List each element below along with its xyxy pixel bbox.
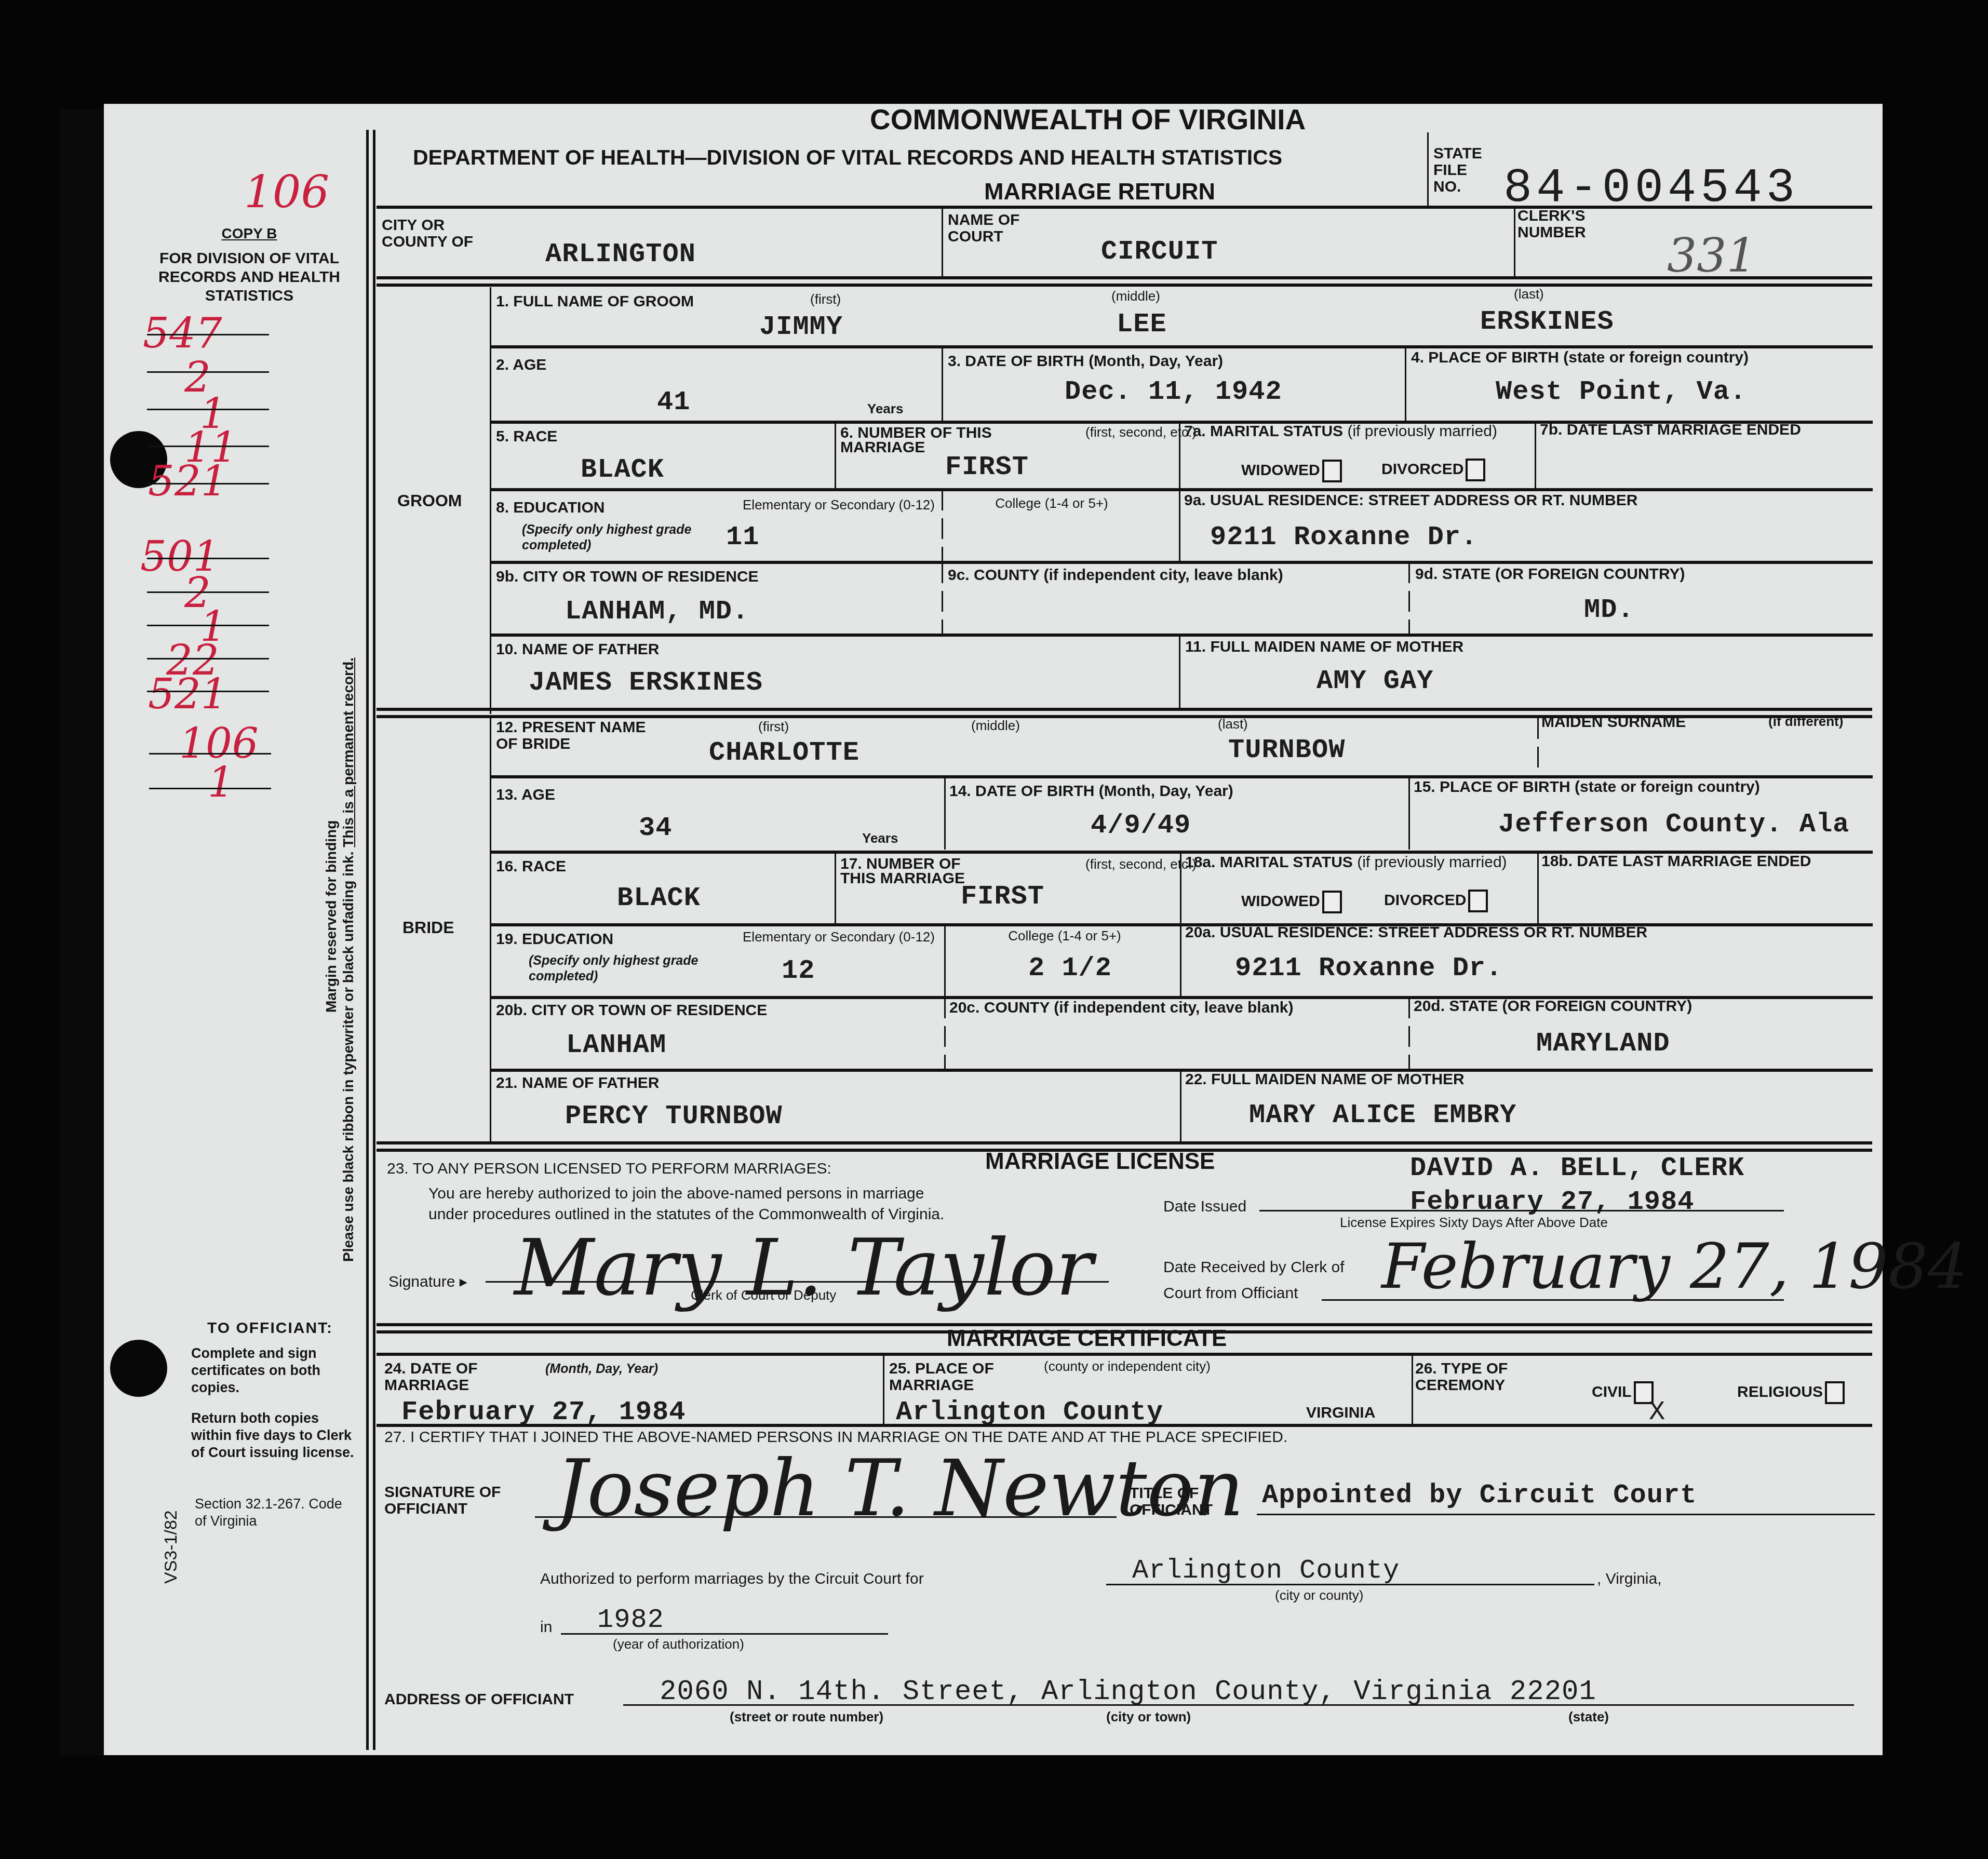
date-received: February 27, 1984 [1381,1231,1967,1303]
groom-race-label: 5. RACE [496,428,557,445]
divider [1412,1354,1413,1426]
bride-father: PERCY TURNBOW [565,1101,783,1131]
groom-street: 9211 Roxanne Dr. [1210,522,1477,553]
last-hint: (last) [1514,287,1544,301]
groom-state-label: 9d. STATE (OR FOREIGN COUNTRY) [1415,566,1685,583]
officiant-title-label: TITLE OF OFFICIANT [1130,1485,1239,1518]
divider [377,206,1872,209]
divider [147,558,269,559]
groom-pob-label: 4. PLACE OF BIRTH (state or foreign coun… [1411,349,1749,366]
to-officiant-title: TO OFFICIANT: [187,1319,353,1338]
years-label: Years [867,401,903,416]
groom-last-ended-label: 7b. DATE LAST MARRIAGE ENDED [1540,422,1801,438]
to-officiant-instruction-2: Return both copies within five days to C… [191,1410,357,1461]
bride-pob: Jefferson County. Ala [1498,809,1849,840]
divider [377,1141,1872,1144]
marriage-place-label: 25. PLACE OF MARRIAGE [889,1360,1019,1394]
checkbox[interactable] [1466,459,1485,481]
civil-mark: X [1649,1397,1665,1427]
divider [377,1353,1872,1356]
bride-last-name: TURNBOW [1228,735,1345,765]
elementary-label: Elementary or Secondary (0-12) [737,929,940,944]
divider [1535,422,1536,490]
authorized-line [1106,1584,1594,1585]
city-county-label: CITY OR COUNTY OF [382,217,486,250]
license-title: MARRIAGE LICENSE [985,1149,1215,1175]
groom-father: JAMES ERSKINES [529,667,763,698]
divider [1180,925,1181,998]
divider [491,1069,1873,1072]
groom-dob: Dec. 11, 1942 [1065,376,1282,407]
bride-name-label: 12. PRESENT NAME OF BRIDE [496,719,667,752]
divider [149,753,271,755]
bride-age: 34 [639,813,672,843]
city-county-value: ARLINGTON [545,239,696,270]
form-name: MARRIAGE RETURN [984,178,1215,205]
checkbox[interactable] [1322,891,1342,913]
divider [835,852,836,925]
divider [944,998,946,1070]
divider [942,562,943,635]
signature-line [486,1281,1109,1283]
divider [377,708,1872,711]
margin-code: 547 [143,309,222,357]
binder-strip [60,109,104,1755]
divider [944,925,946,998]
court-value: CIRCUIT [1101,236,1218,267]
bride-county-label: 20c. COUNTY (if independent city, leave … [949,1000,1293,1016]
bride-mother: MARY ALICE EMBRY [1249,1100,1516,1130]
divider [149,788,271,789]
checkbox[interactable] [1468,890,1488,912]
bride-mother-label: 22. FULL MAIDEN NAME OF MOTHER [1185,1071,1465,1088]
date-issued: February 27, 1984 [1410,1187,1695,1217]
groom-county-label: 9c. COUNTY (if independent city, leave b… [948,567,1283,584]
divider [147,409,269,410]
groom-education-label: 8. EDUCATION [496,500,605,516]
divider [377,284,1872,287]
street-caption: (street or route number) [730,1709,883,1724]
divider [1408,998,1410,1070]
groom-father-label: 10. NAME OF FATHER [496,641,659,658]
bride-city-label: 20b. CITY OR TOWN OF RESIDENCE [496,1002,767,1019]
groom-widowed-checkbox[interactable]: WIDOWED [1241,460,1342,482]
groom-age-label: 2. AGE [496,357,546,373]
divider [1179,422,1180,490]
bride-college: 2 1/2 [1028,953,1112,984]
date-issued-line [1259,1210,1784,1211]
signature-caption: Clerk of Court or Deputy [691,1288,836,1302]
divider [491,923,1873,926]
binding-note: Margin reserved for binding [323,820,340,1013]
divider [147,591,269,593]
bride-marital-label: 18a. MARITAL STATUS (if previously marri… [1185,854,1507,871]
checkbox[interactable] [1322,460,1342,482]
bride-dob-label: 14. DATE OF BIRTH (Month, Day, Year) [949,783,1233,800]
officiant-address-label: ADDRESS OF OFFICIANT [384,1691,574,1708]
first-hint: (first) [810,292,841,306]
groom-mother-label: 11. FULL MAIDEN NAME OF MOTHER [1185,639,1463,655]
bride-education-label: 19. EDUCATION [496,931,613,948]
license-expires-note: License Expires Sixty Days After Above D… [1340,1215,1608,1230]
groom-mother: AMY GAY [1317,666,1433,696]
groom-city-label: 9b. CITY OR TOWN OF RESIDENCE [496,569,759,585]
bride-section-label: BRIDE [402,919,454,936]
year-caption: (year of authorization) [613,1637,744,1651]
authorized-for: Arlington County [1132,1555,1400,1586]
officiant-title: Appointed by Circuit Court [1262,1480,1697,1511]
divider [1427,132,1429,208]
signature-line [535,1516,1117,1518]
to-officiant-instruction-1: Complete and sign certificates on both c… [191,1345,357,1396]
officiant-address: 2060 N. 14th. Street, Arlington County, … [660,1676,1596,1708]
court-label: NAME OF COURT [948,212,1031,245]
in-label: in [540,1619,552,1636]
groom-elementary: 11 [726,522,759,553]
divider [490,718,491,1144]
authorized-caption: (city or county) [1275,1588,1364,1602]
margin-code: 1 [208,758,234,806]
groom-divorced-checkbox[interactable]: DIVORCED [1381,459,1485,481]
divider [1180,1070,1181,1143]
bride-last-ended-label: 18b. DATE LAST MARRIAGE ENDED [1541,853,1811,870]
bride-state-label: 20d. STATE (OR FOREIGN COUNTRY) [1414,998,1692,1015]
elementary-label: Elementary or Secondary (0-12) [737,497,940,512]
divider [1537,852,1539,925]
divider [1408,777,1410,850]
divider [491,345,1873,348]
date-received-label: Date Received by Clerk of [1163,1259,1345,1276]
divider [942,208,943,278]
bride-father-label: 21. NAME OF FATHER [496,1075,659,1092]
divider [1180,852,1181,925]
title-line [1257,1514,1875,1515]
border [366,130,369,1750]
state-file-label: STATE FILE NO. [1433,145,1496,195]
college-label: College (1-4 or 5+) [976,496,1127,510]
groom-city: LANHAM, MD. [565,596,749,627]
groom-section-label: GROOM [397,492,462,509]
divider [147,446,269,447]
marriage-place: Arlington County [896,1397,1163,1427]
code-section: Section 32.1-267. Code of Virginia [195,1496,351,1530]
bride-widowed-checkbox[interactable]: WIDOWED [1241,891,1342,913]
marriage-date-label: 24. DATE OF MARRIAGE [384,1360,509,1394]
bride-city: LANHAM [566,1030,666,1060]
clerks-number-label: CLERK'S NUMBER [1517,208,1611,241]
divider [491,634,1873,637]
form-code: VS3-1/82 [161,1510,181,1584]
bride-elementary: 12 [782,955,815,986]
bride-street: 9211 Roxanne Dr. [1235,953,1502,984]
divider [147,483,269,484]
groom-dob-label: 3. DATE OF BIRTH (Month, Day, Year) [948,353,1223,370]
margin-code: 521 [148,457,227,505]
date-issued-label: Date Issued [1163,1198,1246,1215]
groom-marriage-number: FIRST [945,452,1029,482]
divider [377,276,1872,279]
divider [491,488,1873,491]
years-label: Years [862,831,898,845]
virginia-suffix: , Virginia, [1597,1571,1662,1587]
bride-race: BLACK [617,883,701,913]
first-hint: (first) [758,719,789,734]
border [373,130,375,1750]
divider [942,347,943,422]
clerk-name: DAVID A. BELL, CLERK [1410,1153,1744,1183]
bride-state: MARYLAND [1536,1028,1670,1059]
groom-age: 41 [657,387,690,417]
bride-pob-label: 15. PLACE OF BIRTH (state or foreign cou… [1414,779,1760,796]
education-hint: (Specify only highest grade completed) [522,522,693,553]
ceremony-type-label: 26. TYPE OF CEREMONY [1415,1360,1535,1394]
divider [1514,208,1515,278]
divider [835,422,836,490]
license-text: You are hereby authorized to join the ab… [428,1186,924,1202]
college-label: College (1-4 or 5+) [989,928,1140,943]
margin-code: 521 [148,670,227,718]
divider [1179,635,1180,708]
copy-label: COPY B [125,224,374,243]
date-received-line [1322,1299,1784,1301]
groom-pob: West Point, Va. [1496,376,1747,407]
clerks-number: 331 [1667,228,1756,283]
civil-checkbox[interactable]: CIVIL [1592,1381,1654,1404]
education-hint: (Specify only highest grade completed) [529,953,700,984]
certificate-title: MARRIAGE CERTIFICATE [947,1326,1227,1352]
officiant-signature-label: SIGNATURE OF OFFICIANT [384,1484,509,1517]
divider [491,561,1873,564]
copy-for-label: FOR DIVISION OF VITAL RECORDS AND HEALTH… [130,249,369,305]
divider [1537,718,1539,775]
signature-label: Signature ▸ [388,1274,467,1290]
divider [944,777,946,850]
header-title: COMMONWEALTH OF VIRGINIA [870,103,1306,136]
divider [490,287,491,714]
margin-red-number: 106 [244,166,329,218]
license-text: under procedures outlined in the statute… [428,1206,944,1223]
bride-age-label: 13. AGE [496,787,555,803]
groom-first-name: JIMMY [759,312,843,342]
maiden-surname-label: MAIDEN SURNAME [1541,714,1686,731]
maiden-hint: (if different) [1768,714,1843,729]
divider [1179,490,1180,562]
year-line [561,1633,888,1635]
header-department: DEPARTMENT OF HEALTH—DIVISION OF VITAL R… [413,145,1282,170]
groom-street-label: 9a. USUAL RESIDENCE: STREET ADDRESS OR R… [1184,492,1637,509]
divider [942,490,943,562]
groom-marital-label: 7a. MARITAL STATUS (if previously marrie… [1184,423,1497,440]
date-hint: (Month, Day, Year) [545,1360,658,1377]
last-hint: (last) [1218,717,1248,731]
address-line [623,1704,1854,1706]
divider [377,1424,1872,1427]
checkbox[interactable] [1825,1381,1845,1404]
middle-hint: (middle) [1111,289,1160,303]
divider [1405,347,1406,422]
divider [147,371,269,373]
divider [147,691,269,692]
punch-hole [110,1340,167,1397]
religious-checkbox[interactable]: RELIGIOUS [1737,1381,1845,1404]
bride-race-label: 16. RACE [496,858,566,875]
divider [883,1354,884,1426]
middle-hint: (middle) [971,718,1020,733]
groom-state: MD. [1584,595,1634,625]
license-item-label: 23. TO ANY PERSON LICENSED TO PERFORM MA… [387,1161,831,1177]
bride-dob: 4/9/49 [1091,810,1191,841]
marriage-date: February 27, 1984 [401,1397,686,1427]
divider [1408,562,1410,635]
state-caption: (state) [1568,1709,1609,1724]
bride-marriage-number: FIRST [961,881,1044,912]
bride-divorced-checkbox[interactable]: DIVORCED [1384,890,1488,912]
place-hint: (county or independent city) [1044,1359,1211,1373]
authorized-text: Authorized to perform marriages by the C… [540,1571,924,1587]
divider [147,625,269,626]
divider [147,334,269,335]
groom-name-label: 1. FULL NAME OF GROOM [496,293,694,310]
divider [147,658,269,659]
ink-note: Please use black ribbon in typewriter or… [340,657,357,1262]
bride-first-name: CHARLOTTE [709,737,859,768]
city-caption: (city or town) [1106,1709,1191,1724]
groom-race: BLACK [581,454,664,485]
groom-marriage-number-label: 6. NUMBER OF THIS MARRIAGE [840,426,996,455]
groom-middle-name: LEE [1117,309,1167,340]
authorization-year: 1982 [597,1605,664,1635]
bride-street-label: 20a. USUAL RESIDENCE: STREET ADDRESS OR … [1185,924,1647,941]
place-state: VIRGINIA [1306,1405,1375,1421]
groom-last-name: ERSKINES [1480,306,1614,337]
date-received-label: Court from Officiant [1163,1285,1298,1302]
